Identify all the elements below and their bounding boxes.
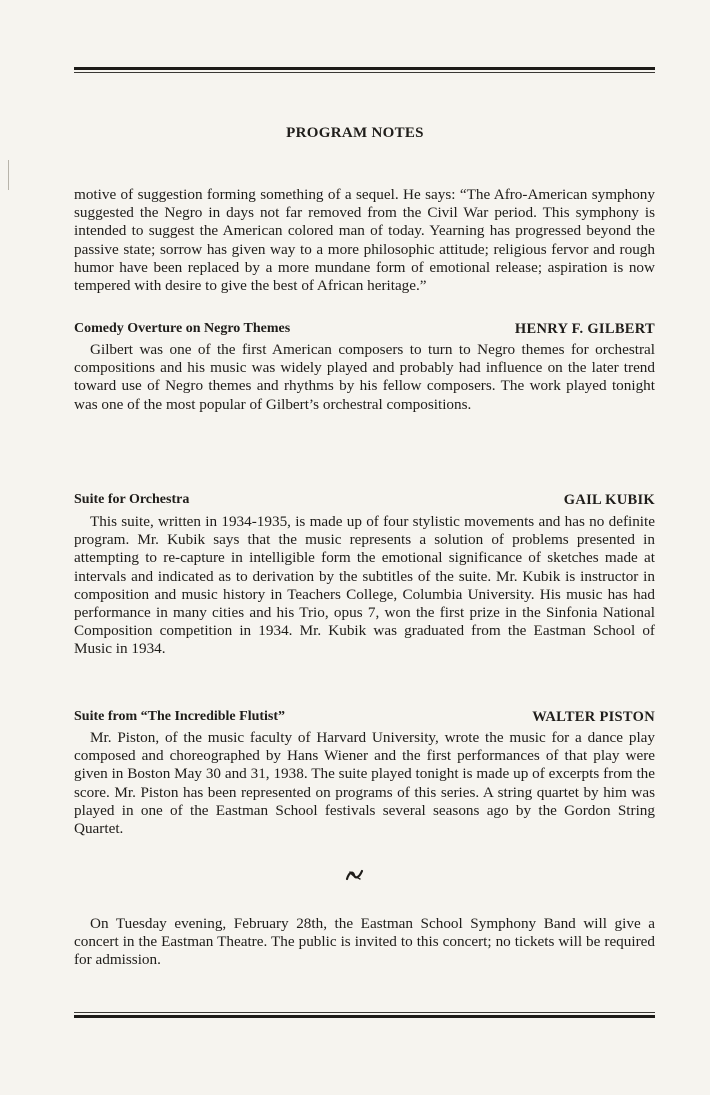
bottom-double-rule bbox=[74, 1012, 655, 1018]
ornament-divider-icon bbox=[0, 868, 710, 887]
intro-paragraph: motive of suggestion forming something o… bbox=[74, 186, 655, 295]
work-title: Suite for Orchestra bbox=[74, 492, 189, 509]
section-text-piston: Mr. Piston, of the music faculty of Harv… bbox=[74, 729, 655, 838]
section-heading-kubik: Suite for Orchestra GAIL KUBIK bbox=[74, 492, 655, 509]
page-title: PROGRAM NOTES bbox=[0, 125, 710, 142]
composer-name: WALTER PISTON bbox=[532, 709, 655, 726]
section-heading-gilbert: Comedy Overture on Negro Themes HENRY F.… bbox=[74, 321, 655, 338]
ornament-glyph-icon bbox=[344, 868, 366, 882]
announcement-paragraph: On Tuesday evening, February 28th, the E… bbox=[74, 915, 655, 970]
work-title: Comedy Overture on Negro Themes bbox=[74, 321, 290, 338]
section-text-gilbert: Gilbert was one of the first American co… bbox=[74, 341, 655, 414]
pencil-mark bbox=[8, 160, 9, 190]
composer-name: HENRY F. GILBERT bbox=[515, 321, 655, 338]
composer-name: GAIL KUBIK bbox=[564, 492, 655, 509]
work-title: Suite from “The Incredible Flutist” bbox=[74, 709, 285, 726]
section-text-kubik: This suite, written in 1934-1935, is mad… bbox=[74, 513, 655, 659]
top-double-rule bbox=[74, 67, 655, 73]
section-heading-piston: Suite from “The Incredible Flutist” WALT… bbox=[74, 709, 655, 726]
